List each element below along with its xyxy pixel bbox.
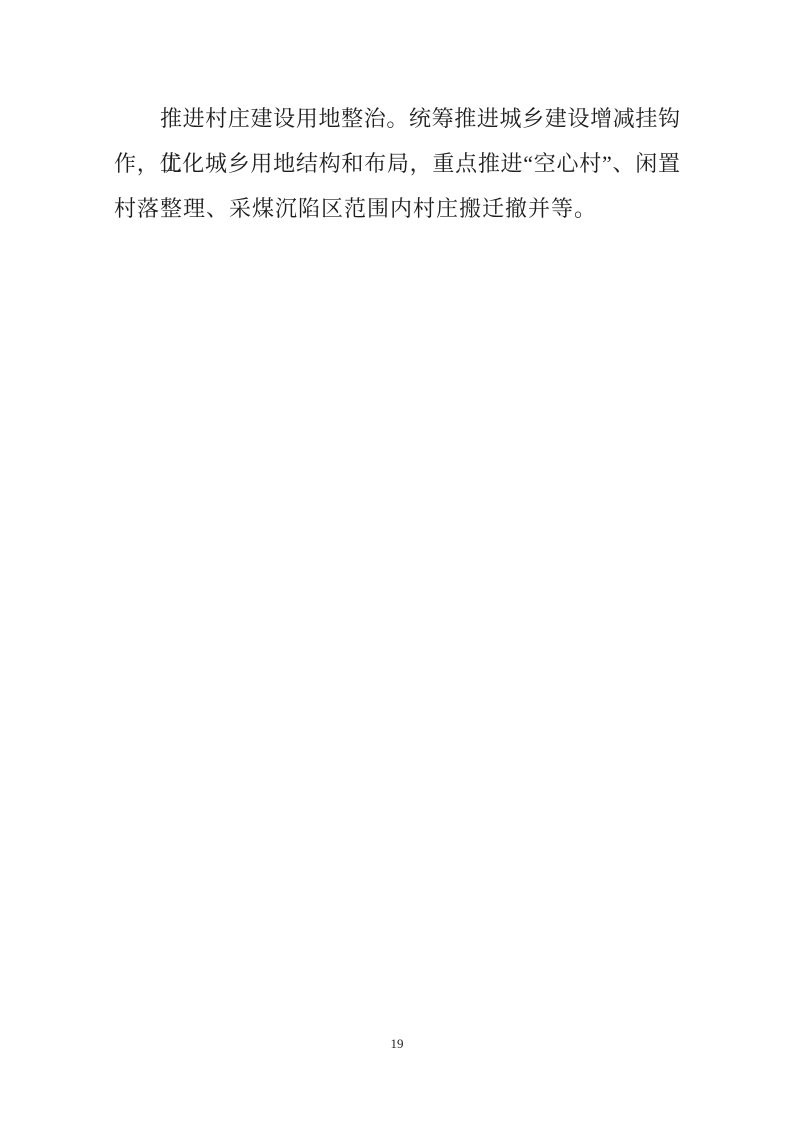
document-page: 推进村庄建设用地整治。统筹推进城乡建设增减挂钩工 作，优化城乡用地结构和布局，重… <box>0 0 794 1122</box>
paragraph-line-2: 作，优化城乡用地结构和布局，重点推进“空心村”、闲置 <box>114 141 680 186</box>
page-number: 19 <box>0 1036 794 1052</box>
paragraph-line-3: 村落整理、采煤沉陷区范围内村庄搬迁撤并等。 <box>114 186 680 231</box>
paragraph-line-1: 推进村庄建设用地整治。统筹推进城乡建设增减挂钩工 <box>114 96 680 141</box>
body-paragraph: 推进村庄建设用地整治。统筹推进城乡建设增减挂钩工 作，优化城乡用地结构和布局，重… <box>114 96 680 231</box>
